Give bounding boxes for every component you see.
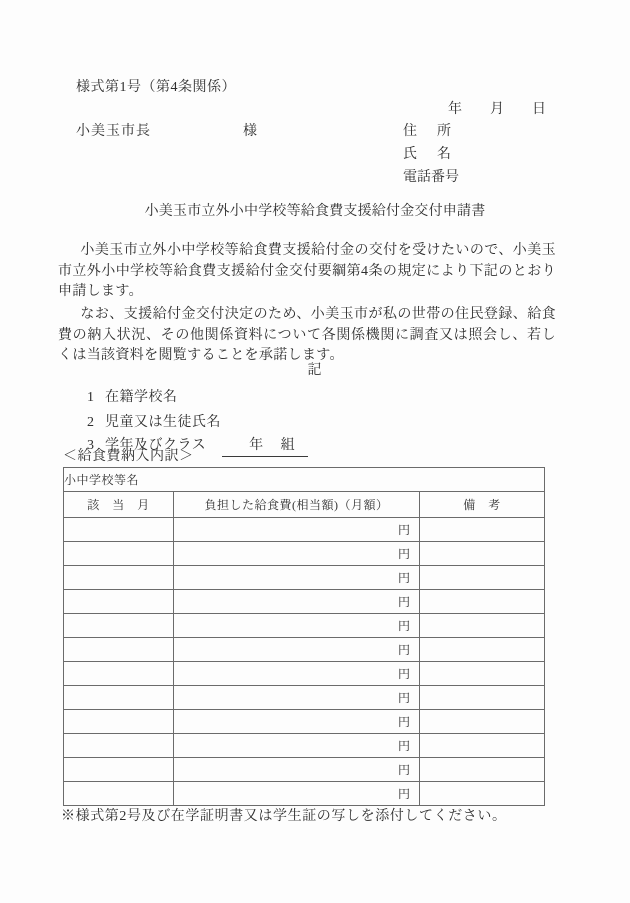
amount-cell: 円 <box>174 710 420 734</box>
fee-breakdown-table: 小中学校等名 該 当 月 負担した給食費(相当額)（月額） 備 考 円円円円円円… <box>63 467 545 806</box>
fee-table-body: 小中学校等名 該 当 月 負担した給食費(相当額)（月額） 備 考 円円円円円円… <box>64 468 545 806</box>
remarks-cell <box>420 542 545 566</box>
document-title: 小美玉市立外小中学校等給食費支援給付金交付申請書 <box>0 202 630 222</box>
honorific-label: 様 <box>243 122 257 142</box>
month-cell <box>64 566 174 590</box>
amount-cell: 円 <box>174 734 420 758</box>
yen-unit-label: 円 <box>398 571 419 585</box>
item-label: 在籍学校名 <box>105 390 178 405</box>
fee-table-row: 円 <box>64 614 545 638</box>
month-cell <box>64 758 174 782</box>
fee-table-row: 円 <box>64 566 545 590</box>
form-number: 様式第1号（第4条関係） <box>76 78 236 98</box>
fee-table-row: 円 <box>64 782 545 806</box>
yen-unit-label: 円 <box>398 691 419 705</box>
yen-unit-label: 円 <box>398 739 419 753</box>
remarks-cell <box>420 758 545 782</box>
addressee-name: 小美玉市長 <box>76 122 151 142</box>
fee-table-row: 円 <box>64 662 545 686</box>
remarks-cell <box>420 638 545 662</box>
fee-table-row: 円 <box>64 590 545 614</box>
amount-cell: 円 <box>174 518 420 542</box>
item-number: 2 <box>62 413 105 433</box>
yen-unit-label: 円 <box>398 595 419 609</box>
yen-unit-label: 円 <box>398 787 419 801</box>
fee-table-row: 円 <box>64 518 545 542</box>
fee-table-row: 円 <box>64 710 545 734</box>
remarks-cell <box>420 782 545 806</box>
yen-unit-label: 円 <box>398 643 419 657</box>
amount-cell: 円 <box>174 590 420 614</box>
fee-table-row: 円 <box>64 686 545 710</box>
yen-unit-label: 円 <box>398 619 419 633</box>
month-cell <box>64 518 174 542</box>
class-unit-label: 組 <box>281 436 296 456</box>
body-paragraph-1: 小美玉市立外小中学校等給食費支援給付金の交付を受けたいので、小美玉市立外小中学校… <box>58 241 556 303</box>
amount-cell: 円 <box>174 782 420 806</box>
amount-cell: 円 <box>174 686 420 710</box>
month-cell <box>64 614 174 638</box>
remarks-cell <box>420 566 545 590</box>
column-header-amount: 負担した給食費(相当額)（月額） <box>174 492 420 518</box>
yen-unit-label: 円 <box>398 715 419 729</box>
amount-cell: 円 <box>174 542 420 566</box>
remarks-cell <box>420 710 545 734</box>
month-cell <box>64 734 174 758</box>
yen-unit-label: 円 <box>398 547 419 561</box>
phone-label: 電話番号 <box>403 168 459 188</box>
remarks-cell <box>420 662 545 686</box>
record-heading: 記 <box>0 361 630 381</box>
grade-class-blank-field: 年組 <box>222 436 308 457</box>
fee-table-row: 円 <box>64 638 545 662</box>
yen-unit-label: 円 <box>398 523 419 537</box>
remarks-cell <box>420 614 545 638</box>
list-item-school-name: 1在籍学校名 <box>62 388 178 408</box>
column-header-remarks: 備 考 <box>420 492 545 518</box>
yen-unit-label: 円 <box>398 763 419 777</box>
month-cell <box>64 710 174 734</box>
amount-cell: 円 <box>174 566 420 590</box>
month-cell <box>64 542 174 566</box>
application-form-page: 様式第1号（第4条関係） 年 月 日 小美玉市長 様 住 所 氏 名 電話番号 … <box>0 0 630 903</box>
list-item-student-name: 2児童又は生徒氏名 <box>62 413 221 433</box>
fee-table-row: 円 <box>64 734 545 758</box>
remarks-cell <box>420 686 545 710</box>
address-label: 住 所 <box>403 122 454 142</box>
fee-table-row: 円 <box>64 542 545 566</box>
date-line: 年 月 日 <box>448 100 546 120</box>
item-number: 1 <box>62 388 105 408</box>
month-cell <box>64 782 174 806</box>
remarks-cell <box>420 518 545 542</box>
remarks-cell <box>420 734 545 758</box>
attachment-footnote: ※様式第2号及び在学証明書又は学生証の写しを添付してください。 <box>61 807 507 827</box>
fee-table-caption: ＜給食費納入内訳＞ <box>63 447 194 467</box>
school-name-row: 小中学校等名 <box>64 468 545 492</box>
amount-cell: 円 <box>174 662 420 686</box>
fee-table-row: 円 <box>64 758 545 782</box>
amount-cell: 円 <box>174 638 420 662</box>
fee-table-header-row: 該 当 月 負担した給食費(相当額)（月額） 備 考 <box>64 492 545 518</box>
yen-unit-label: 円 <box>398 667 419 681</box>
month-cell <box>64 662 174 686</box>
item-label: 児童又は生徒氏名 <box>105 415 221 430</box>
school-name-cell: 小中学校等名 <box>64 468 545 492</box>
amount-cell: 円 <box>174 614 420 638</box>
amount-cell: 円 <box>174 758 420 782</box>
month-cell <box>64 638 174 662</box>
grade-unit-label: 年 <box>249 436 264 456</box>
month-cell <box>64 590 174 614</box>
column-header-month: 該 当 月 <box>64 492 174 518</box>
body-paragraph-2: なお、支援給付金交付決定のため、小美玉市が私の世帯の住民登録、給食費の納入状況、… <box>58 305 556 367</box>
month-cell <box>64 686 174 710</box>
remarks-cell <box>420 590 545 614</box>
name-label: 氏 名 <box>403 145 454 165</box>
